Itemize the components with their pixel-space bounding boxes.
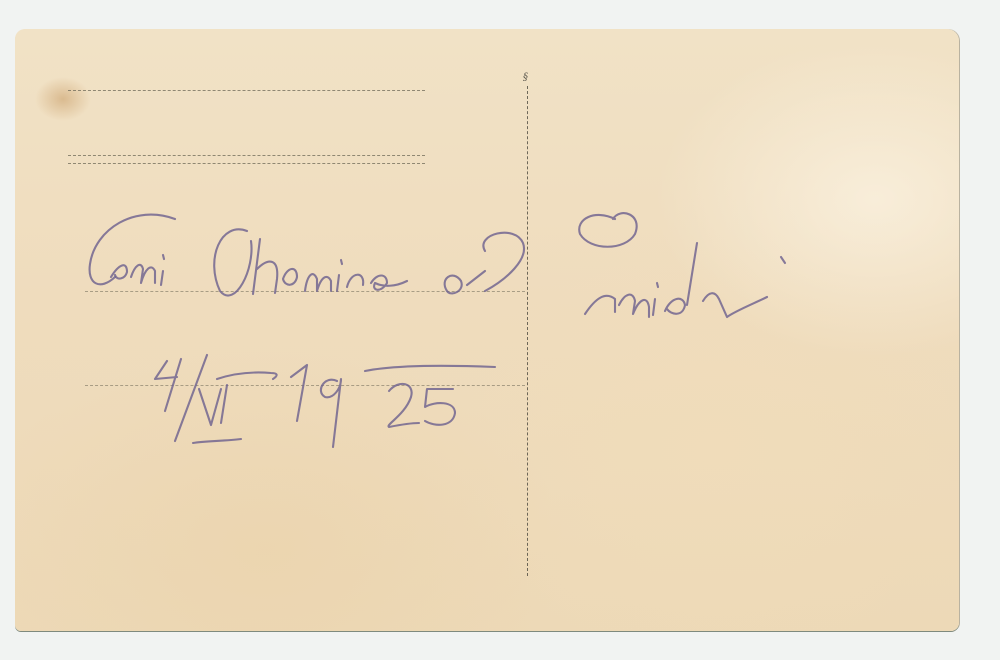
postcard-back: § bbox=[15, 29, 959, 631]
handwritten-message bbox=[15, 29, 959, 631]
